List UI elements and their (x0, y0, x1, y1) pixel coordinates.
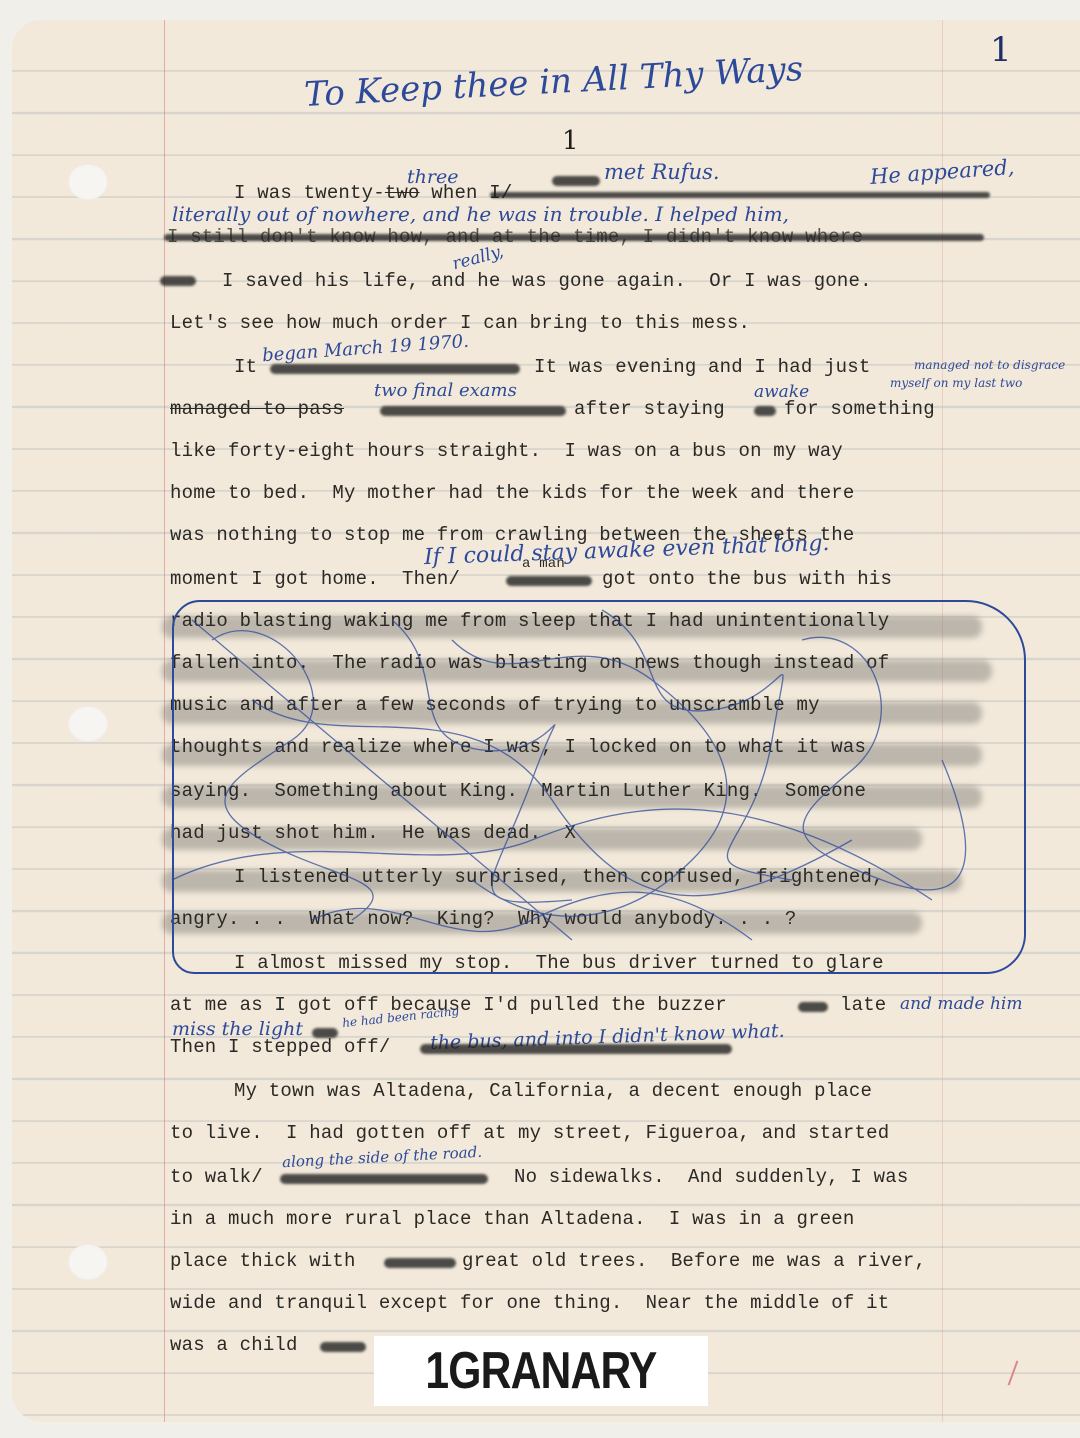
note-two-final-exams: two final exams (374, 380, 517, 401)
redaction (320, 1342, 366, 1352)
redaction (280, 1174, 488, 1184)
typed-insert-a-man: a man (522, 556, 565, 572)
typed-line: No sidewalks. And suddenly, I was (514, 1166, 908, 1188)
red-pencil-mark (1008, 1360, 1019, 1385)
manuscript-page: 1 To Keep thee in All Thy Ways 1 three m… (12, 20, 1080, 1422)
note-met-rufus: met Rufus. (604, 160, 720, 184)
typed-line: My town was Altadena, California, a dece… (234, 1080, 872, 1102)
note-he-appeared: He appeared, (869, 155, 1015, 189)
note-managed-1: managed not to disgrace (914, 358, 1065, 372)
binder-hole-top (68, 164, 108, 200)
redaction (380, 406, 566, 416)
redaction (160, 276, 196, 286)
typed-line: I almost missed my stop. The bus driver … (234, 952, 884, 974)
strike-through (164, 234, 984, 241)
strike-through (490, 192, 990, 198)
note-along-the-side: along the side of the road. (282, 1143, 483, 1171)
page-number: 1 (990, 30, 1012, 70)
typed-line: wide and tranquil except for one thing. … (170, 1292, 889, 1314)
note-literally: literally out of nowhere, and he was in … (172, 202, 789, 226)
typed-line: to live. I had gotten off at my street, … (170, 1122, 889, 1144)
redaction (384, 1258, 456, 1268)
typed-line: It (234, 356, 257, 378)
binder-hole-middle (68, 706, 108, 742)
redaction (270, 364, 520, 374)
redaction (552, 176, 600, 186)
typed-line: late (840, 994, 886, 1016)
note-managed-2: myself on my last two (890, 376, 1022, 390)
typed-line: It was evening and I had just (534, 356, 870, 378)
typed-line: I saved his life, and he was gone again.… (222, 270, 872, 292)
redaction (420, 1044, 732, 1054)
redaction (798, 1002, 828, 1012)
redaction (754, 406, 776, 416)
typed-line-struck: managed to pass (170, 398, 344, 420)
note-began-date: began March 19 1970. (262, 331, 470, 366)
chapter-number: 1 (562, 126, 579, 156)
typed-line: after staying (574, 398, 725, 420)
typed-line: in a much more rural place than Altadena… (170, 1208, 855, 1230)
watermark-label: 1GRANARY (425, 1341, 656, 1401)
typed-line: to walk/ (170, 1166, 263, 1188)
typed-line: Then I stepped off/ (170, 1036, 390, 1058)
typed-line: place thick with (170, 1250, 356, 1272)
granary-watermark: 1GRANARY (374, 1336, 708, 1406)
typed-line: great old trees. Before me was a river, (462, 1250, 926, 1272)
binder-hole-bottom (68, 1244, 108, 1280)
handwritten-title: To Keep thee in All Thy Ways (303, 49, 804, 115)
typed-line: home to bed. My mother had the kids for … (170, 482, 855, 504)
typed-line: was a child (170, 1334, 298, 1356)
typed-line: like forty-eight hours straight. I was o… (170, 440, 843, 462)
scribble-loops (152, 580, 1032, 980)
typed-line: I was twenty-two when I/ (234, 182, 512, 204)
note-and-made-him: and made him (900, 994, 1022, 1014)
typed-line: for something (784, 398, 935, 420)
